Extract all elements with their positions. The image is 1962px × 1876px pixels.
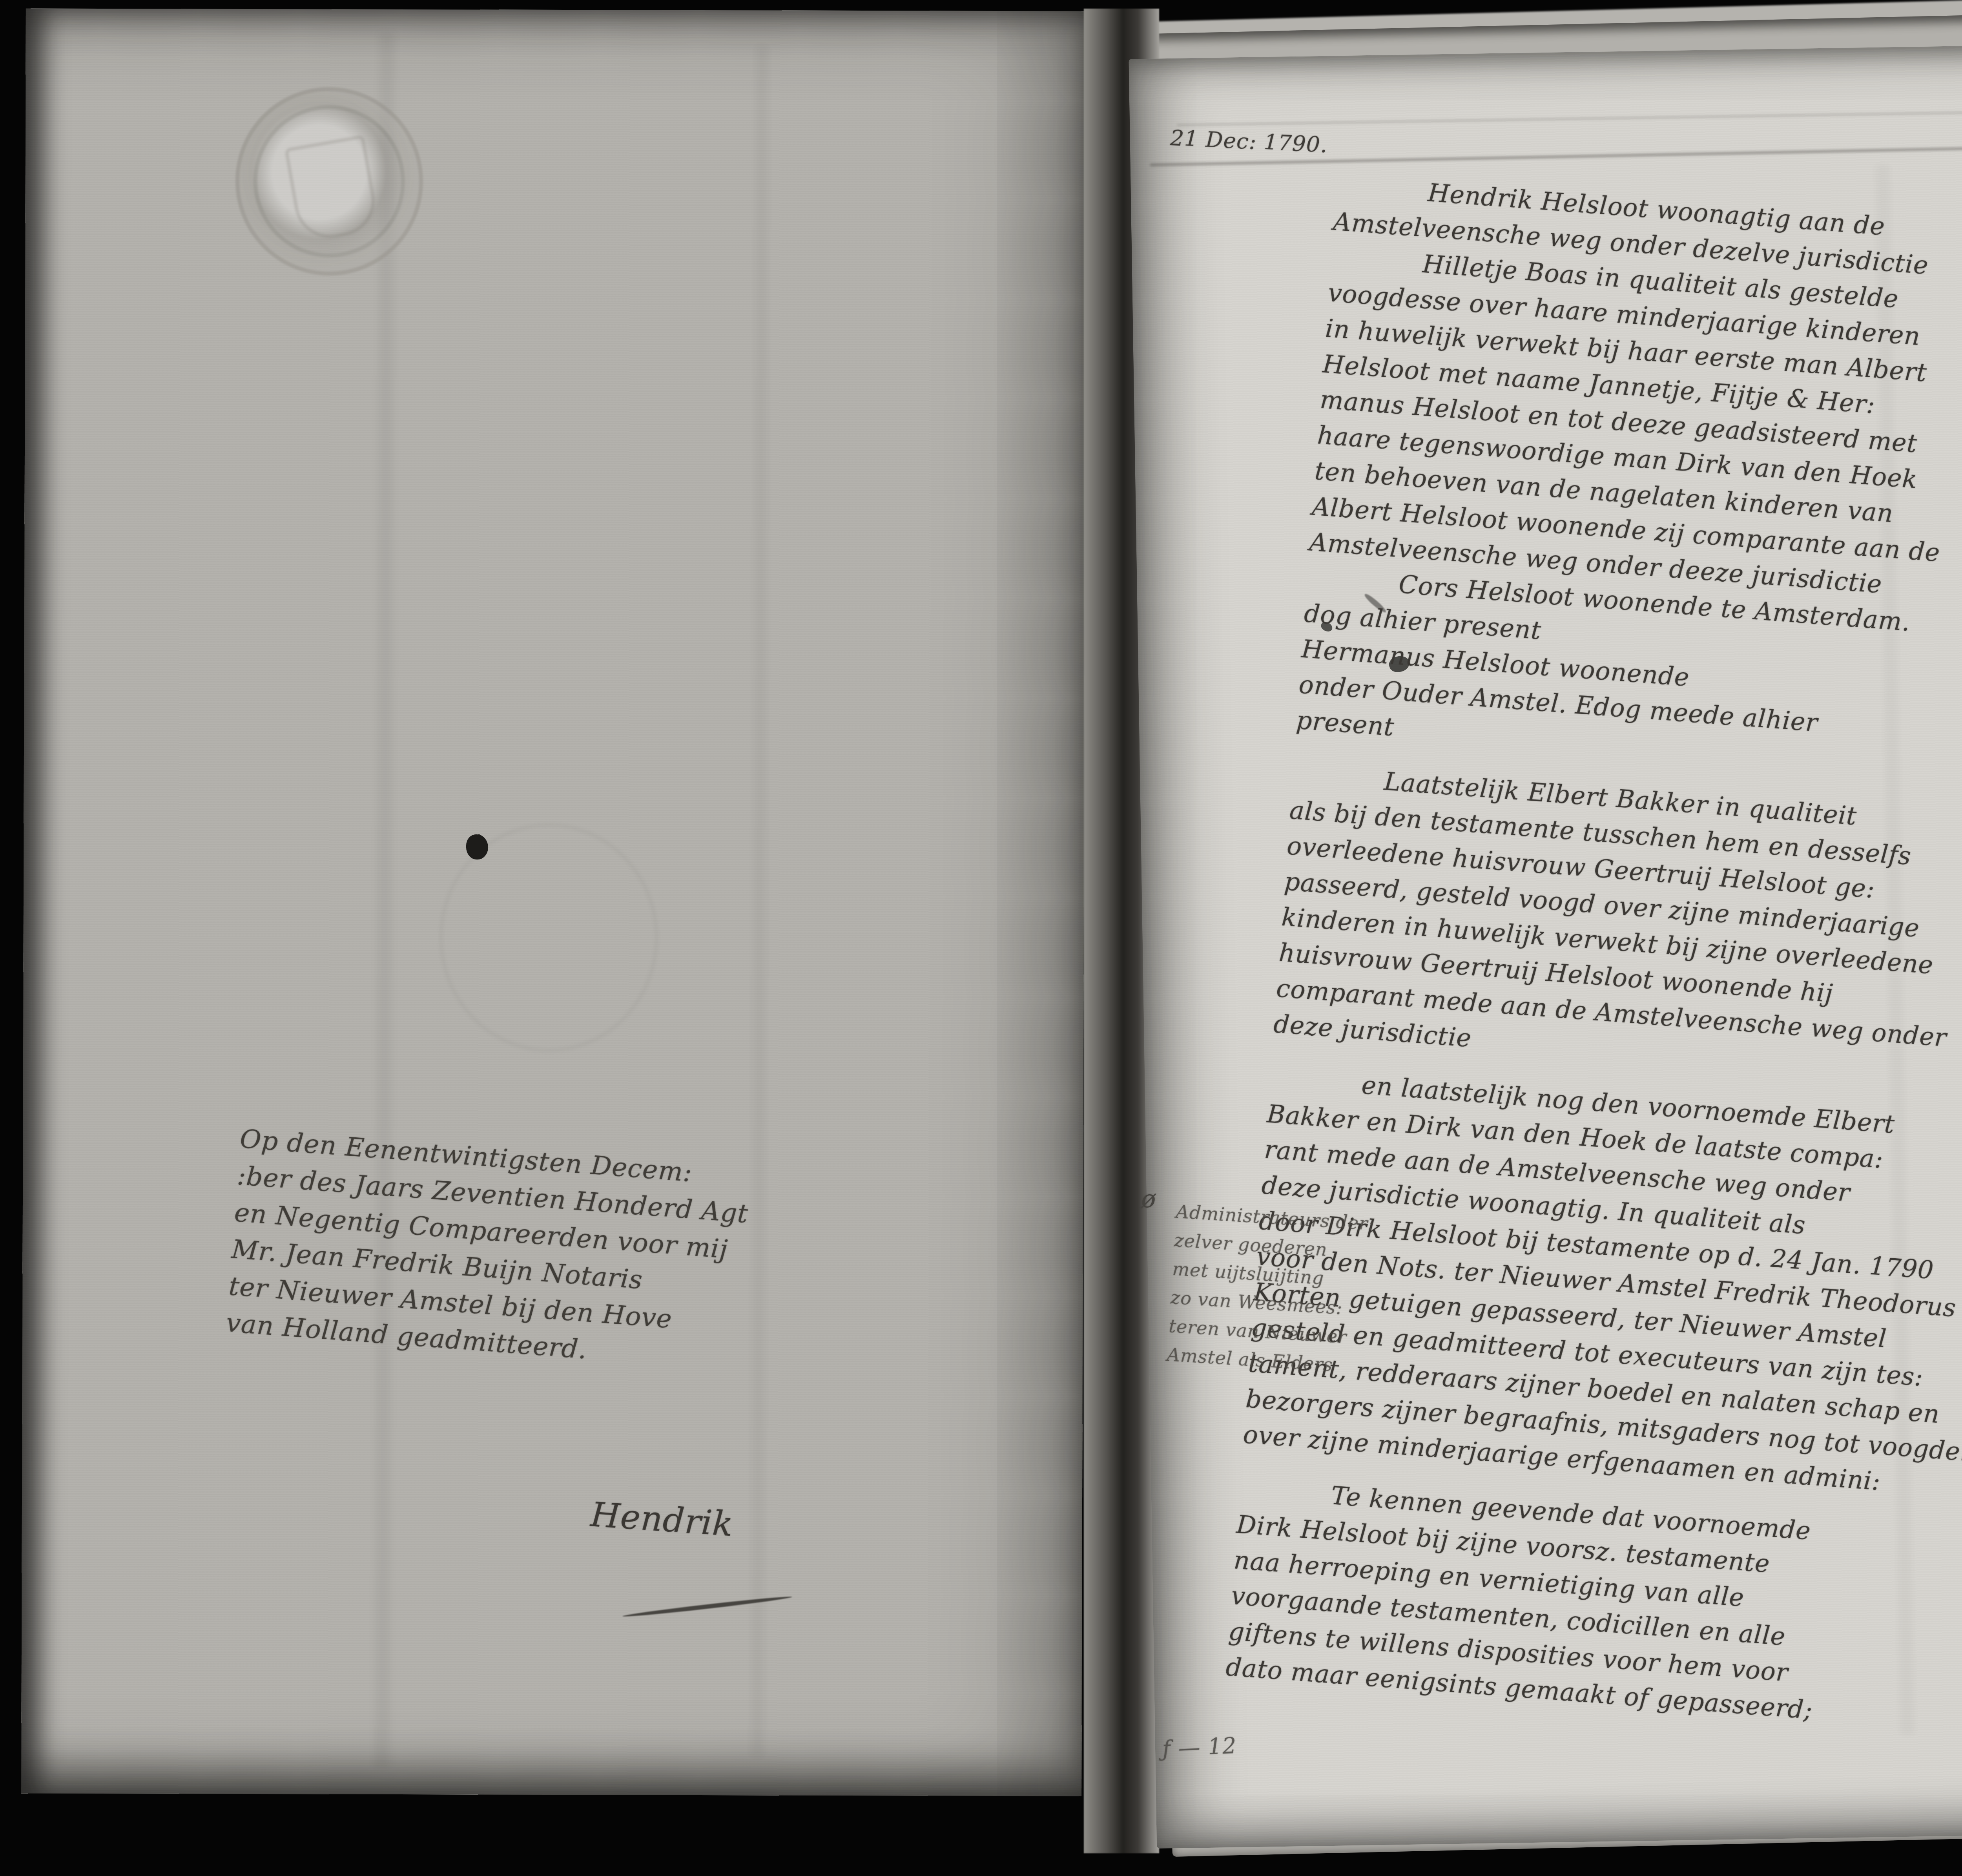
ink-blot [466,834,488,860]
manuscript-scan: Op den Eenentwintigsten Decem::ber des J… [0,0,1962,1876]
reference-mark: ø [1141,1184,1156,1213]
page-crease [1177,109,1962,126]
deed-body-text: Hendrik Helsloot woonagtig aan deAmstelv… [1225,168,1962,1749]
paper-fold-streak [374,33,395,1768]
paper-fold-streak [751,46,768,1757]
margin-note: Administrateurs der:zelver goederenmet u… [1166,1197,1396,1383]
folio-cost-mark: ƒ — 12 [1162,1733,1237,1762]
